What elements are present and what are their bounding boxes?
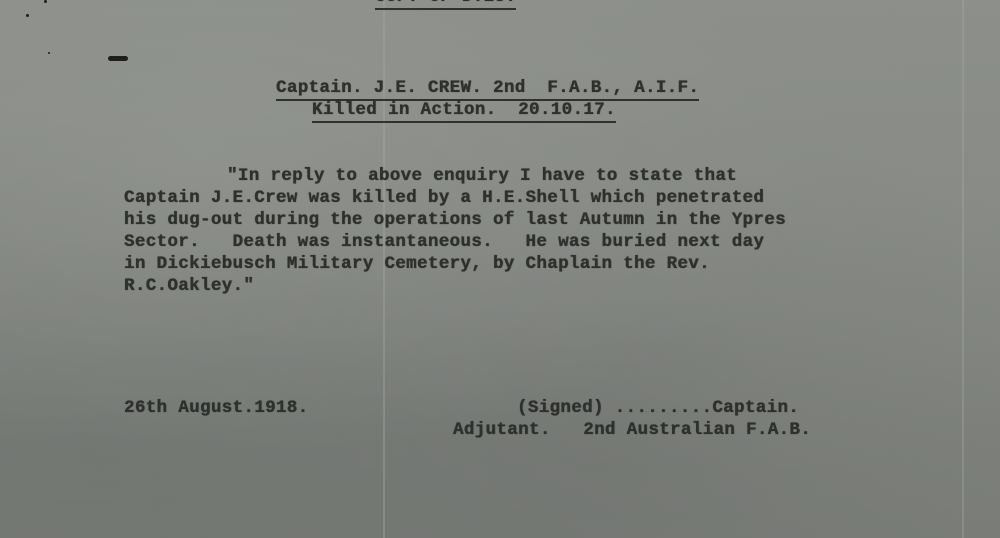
signature-line: (Signed) .........Captain. [517,397,799,419]
body-line: Captain J.E.Crew was killed by a H.E.She… [124,187,764,209]
document-header-text: COPY OF D.18. [375,0,516,10]
body-line: Sector. Death was instantaneous. He was … [124,231,764,253]
body-line: in Dickiebusch Military Cemetery, by Cha… [124,253,710,275]
ink-speck [26,14,29,17]
ink-blot [108,56,128,61]
ink-speck [44,0,47,3]
subject-line-2-text: Killed in Action. 20.10.17. [312,100,616,123]
document-header: COPY OF D.18. [375,0,516,8]
body-line: his dug-out during the operations of las… [124,209,786,231]
body-line: "In reply to above enquiry I have to sta… [227,165,737,187]
body-line: R.C.Oakley." [124,275,254,297]
document-date: 26th August.1918. [124,397,308,419]
signatory-title: Adjutant. 2nd Australian F.A.B. [453,419,811,441]
subject-line-1-text: Captain. J.E. CREW. 2nd F.A.B., A.I.F. [276,78,699,101]
subject-line-2: Killed in Action. 20.10.17. [312,99,616,121]
subject-line-1: Captain. J.E. CREW. 2nd F.A.B., A.I.F. [276,77,699,99]
paper-crease [962,0,964,538]
ink-speck [48,52,50,54]
